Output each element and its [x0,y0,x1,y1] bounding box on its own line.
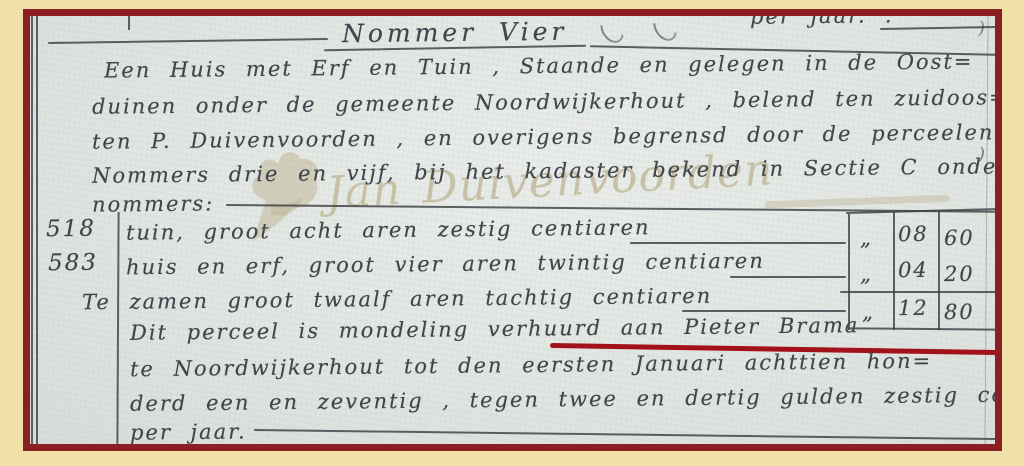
ditto-mark-1: „ [860,226,873,250]
lease-line-3: derd een en zeventig , tegen twee en der… [130,382,1002,416]
centiaren-value-2: 20 [944,262,975,286]
body-line-5: nommers: [92,191,215,216]
body-line-3: ten P. Duivenvoorden , en overigens begr… [92,120,995,153]
parcel-number-1: 518 [46,216,96,243]
table-mid-rule [840,291,1002,293]
ditto-mark-2: „ [860,262,873,286]
margin-curl-mark-1: ) [978,18,985,39]
lease-line-4: per jaar. [130,419,247,444]
centiaren-value-1: 60 [944,226,975,250]
document-frame: per jaar. : Nommer Vier Jan Duivenvoorde… [23,9,1002,451]
body-line-4: Nommers drie en vijf, bij het kadaster b… [92,154,1002,188]
closing-fill-rule [254,429,1002,440]
centiaren-value-total: 80 [944,300,975,324]
parcel-number-2: 583 [48,250,98,277]
lease-line-2: te Noordwijkerhout tot den eersten Janua… [130,349,932,381]
lease-line-1: Dit perceel is mondeling verhuurd aan Pi… [130,313,860,345]
parcel-desc-2: huis en erf, groot vier aren twintig cen… [126,249,765,280]
table-bottom-rule [848,327,1002,330]
entry-title: Nommer Vier [342,17,568,48]
aren-value-2: 04 [898,258,929,282]
desc-1-fill-rule [630,242,846,244]
left-page-rule [31,16,33,444]
watermark-swash [765,195,950,208]
parcel-desc-1: tuin, groot acht aren zestig centiaren [126,215,651,244]
aren-value-1: 08 [898,222,929,246]
body-line-2: duinen onder de gemeente Noordwijkerhout… [92,85,1002,119]
parcel-total-desc: Te zamen groot twaalf aren tachtig centi… [82,284,712,315]
previous-entry-fragment: per jaar. : [750,9,895,29]
desc-2-fill-rule [730,276,846,278]
body-line-1: Een Huis met Erf en Tuin , Staande en ge… [104,49,974,82]
heading-left-rule [48,38,328,44]
top-tick-mark [128,16,130,30]
cutoff-descender-mark [596,13,628,47]
aren-value-total: 12 [898,296,929,320]
total-fill-rule [682,310,846,312]
left-page-rule-2 [36,16,38,444]
right-page-rule [985,16,989,444]
cutoff-descender-mark [649,11,681,45]
table-vline-3 [938,212,940,330]
column-divider-rule [116,212,119,444]
ditto-mark-total: „ [862,300,875,324]
margin-curl-mark-2: ) [978,144,985,165]
table-vline-2 [893,212,895,330]
